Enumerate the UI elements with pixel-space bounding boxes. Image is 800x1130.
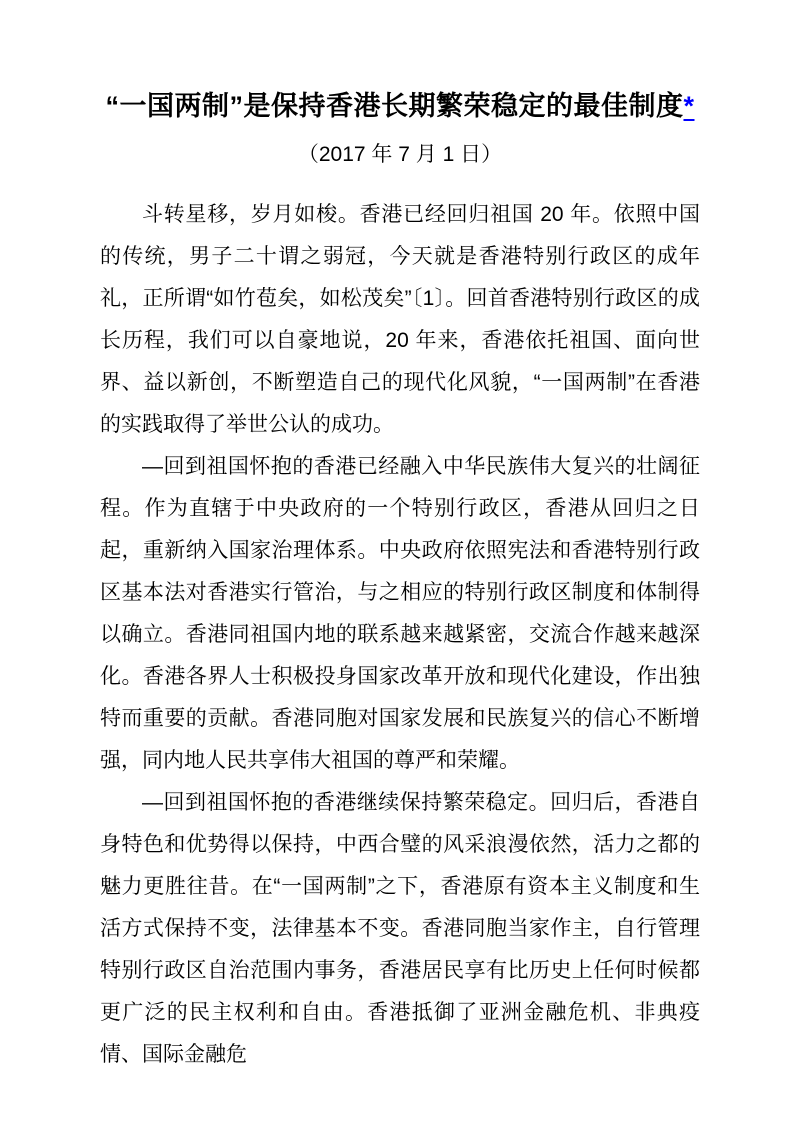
document-page: “一国两制”是保持香港长期繁荣稳定的最佳制度* （2017 年 7 月 1 日）… — [0, 0, 800, 1130]
body-paragraph: —回到祖国怀抱的香港继续保持繁荣稳定。回归后，香港自身特色和优势得以保持，中西合… — [100, 782, 700, 1076]
document-title: “一国两制”是保持香港长期繁荣稳定的最佳制度* — [0, 84, 800, 128]
document-title-text: “一国两制”是保持香港长期繁荣稳定的最佳制度 — [105, 91, 683, 121]
document-body: 斗转星移，岁月如梭。香港已经回归祖国 20 年。依照中国的传统，男子二十谓之弱冠… — [100, 194, 700, 1076]
document-date: （2017 年 7 月 1 日） — [0, 134, 800, 176]
body-paragraph: 斗转星移，岁月如梭。香港已经回归祖国 20 年。依照中国的传统，男子二十谓之弱冠… — [100, 194, 700, 446]
footnote-asterisk-link[interactable]: * — [683, 91, 694, 121]
body-paragraph: —回到祖国怀抱的香港已经融入中华民族伟大复兴的壮阔征程。作为直辖于中央政府的一个… — [100, 446, 700, 782]
